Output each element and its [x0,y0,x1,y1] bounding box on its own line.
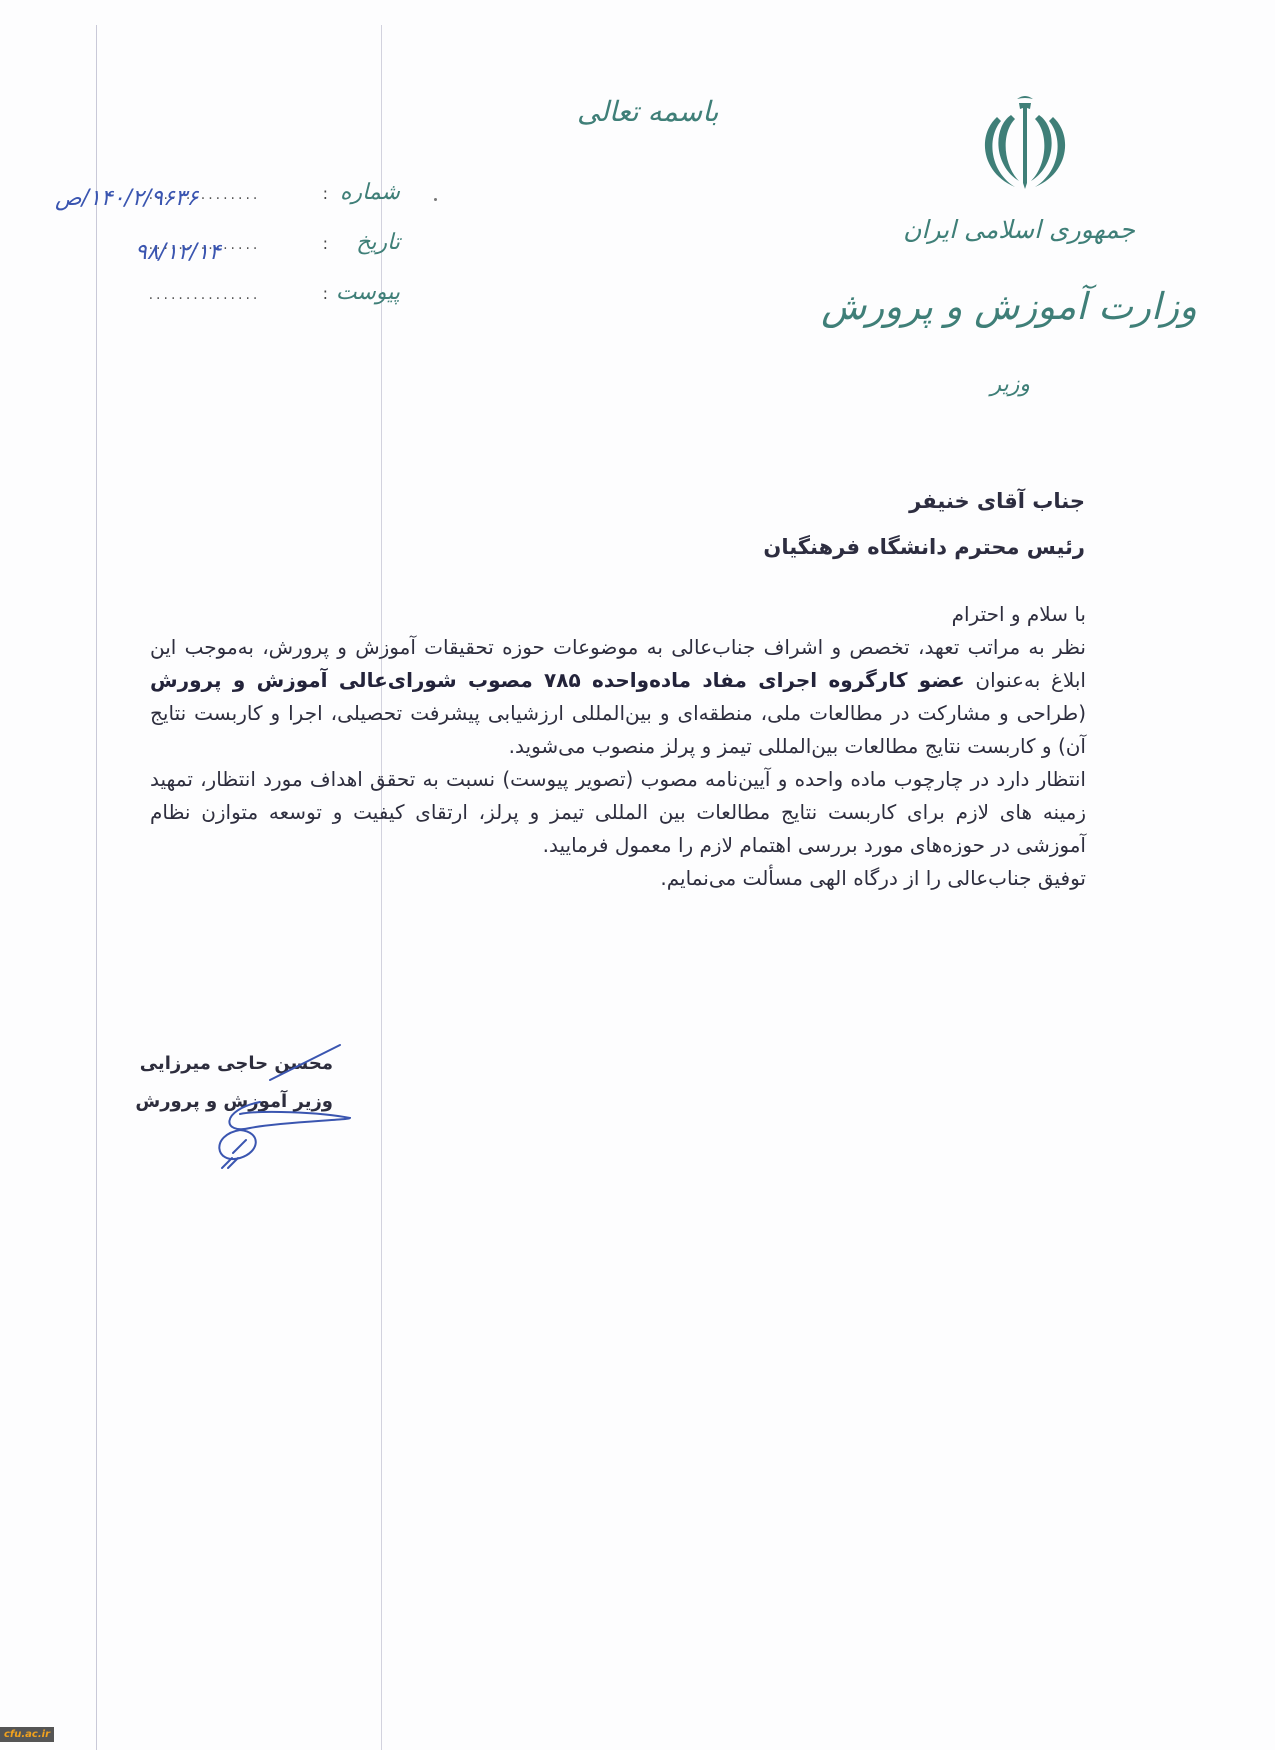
handwritten-number: ۱۴۰/۲/۹۶۳۶/ص [55,186,198,211]
ministry-name: وزارت آموزش و پرورش [821,285,1197,328]
iran-emblem-icon [975,95,1075,195]
greeting: با سلام و احترام [150,598,1086,631]
date-label: تاریخ [342,230,400,255]
recipient-block: جناب آقای خنیفر رئیس محترم دانشگاه فرهنگ… [763,478,1085,570]
paragraph-appointment: نظر به مراتب تعهد، تخصص و اشراف جناب‌عال… [150,631,1086,763]
number-label: شماره [342,180,400,205]
paragraph-expectation: انتظار دارد در چارچوب ماده واحده و آیین‌… [150,763,1086,862]
attachment-field: پیوست : ............... [149,280,400,305]
republic-name: جمهوری اسلامی ایران [903,215,1135,244]
handwritten-signature-icon [200,1040,360,1170]
scan-speck [434,198,437,201]
attachment-label: پیوست [342,280,400,305]
site-watermark: cfu.ac.ir [0,1727,54,1742]
closing-line: توفیق جناب‌عالی را از درگاه الهی مسألت م… [150,862,1086,895]
appointment-role: عضو کارگروه اجرای مفاد ماده‌واحده ۷۸۵ مص… [150,668,965,692]
letter-page: جمهوری اسلامی ایران وزارت آموزش و پرورش … [0,0,1275,1750]
scan-guide-line-left [96,25,97,1750]
basmala-heading: باسمه تعالی [577,95,719,128]
recipient-title: رئیس محترم دانشگاه فرهنگیان [763,524,1085,570]
letter-body: با سلام و احترام نظر به مراتب تعهد، تخصص… [150,598,1086,895]
recipient-name: جناب آقای خنیفر [763,478,1085,524]
office-name: وزیر [990,372,1030,397]
handwritten-date: ۹۸/۱۲/۱۴ [135,240,221,265]
